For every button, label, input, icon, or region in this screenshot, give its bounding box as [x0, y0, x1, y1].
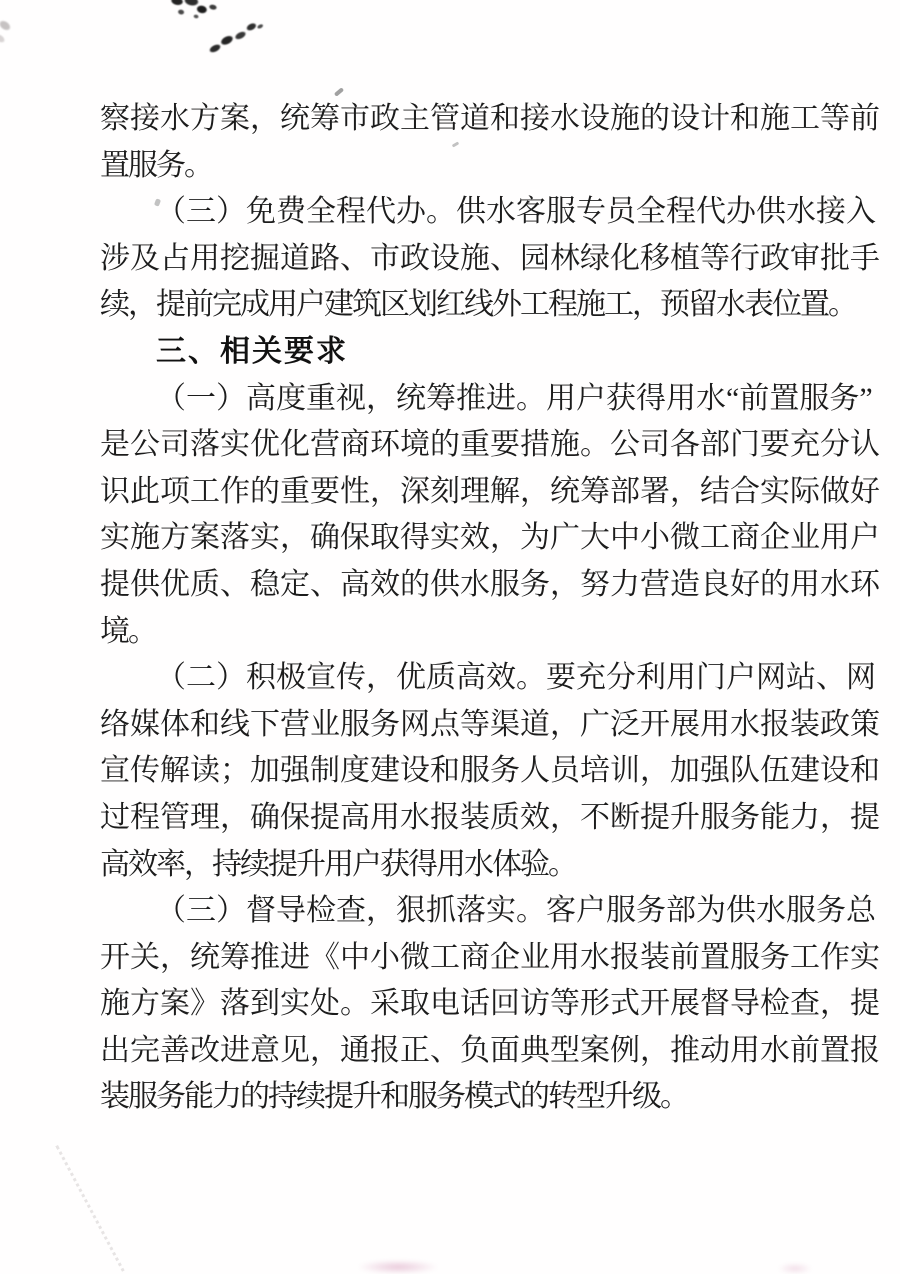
document-text: 察接水方案，统筹市政主管道和接水设施的设计和施工等前置服务。（三）免费全程代办。… [100, 96, 828, 1121]
document-line-15: 宣传解读；加强制度建设和服务人员培训，加强队伍建设和 [100, 748, 828, 795]
scan-edge-mark-left [0, 13, 21, 52]
document-line-21: 出完善改进意见，通报正、负面典型案例，推动用水前置报 [100, 1028, 828, 1075]
document-page: 察接水方案，统筹市政主管道和接水设施的设计和施工等前置服务。（三）免费全程代办。… [0, 0, 900, 1274]
document-line-22: 装服务能力的持续提升和服务模式的转型升级。 [100, 1074, 828, 1121]
pink-smudge-bottom-center [358, 1260, 438, 1274]
document-line-18: （三）督导检查，狠抓落实。客户服务部为供水服务总 [100, 888, 828, 935]
document-line-13: （二）积极宣传，优质高效。要充分利用门户网站、网 [100, 655, 828, 702]
document-line-8: 是公司落实优化营商环境的重要措施。公司各部门要充分认 [100, 422, 828, 469]
document-line-2: 置服务。 [100, 143, 828, 190]
section-heading: 三、相关要求 [100, 329, 828, 376]
document-line-12: 境。 [100, 609, 828, 656]
document-line-5: 续，提前完成用户建筑区划红线外工程施工，预留水表位置。 [100, 282, 828, 329]
document-line-14: 络媒体和线下营业服务网点等渠道，广泛开展用水报装政策 [100, 702, 828, 749]
document-line-10: 实施方案落实，确保取得实效，为广大中小微工商企业用户 [100, 515, 828, 562]
document-line-17: 高效率，持续提升用户获得用水体验。 [100, 842, 828, 889]
ink-smudge-top-2 [204, 15, 267, 59]
dotted-trail-bottom-left [55, 1145, 128, 1274]
document-line-1: 察接水方案，统筹市政主管道和接水设施的设计和施工等前 [100, 96, 828, 143]
document-line-20: 施方案》落到实处。采取电话回访等形式开展督导检查，提 [100, 981, 828, 1028]
pink-smudge-bottom-right [778, 1263, 812, 1274]
document-line-4: 涉及占用挖掘道路、市政设施、园林绿化移植等行政审批手 [100, 236, 828, 283]
document-line-7: （一）高度重视，统筹推进。用户获得用水“前置服务” [100, 376, 828, 423]
ink-smudge-top-1 [164, 0, 221, 26]
document-line-19: 开关，统筹推进《中小微工商企业用水报装前置服务工作实 [100, 935, 828, 982]
document-line-16: 过程管理，确保提高用水报装质效，不断提升服务能力，提 [100, 795, 828, 842]
document-line-9: 识此项工作的重要性，深刻理解，统筹部署，结合实际做好 [100, 469, 828, 516]
document-line-11: 提供优质、稳定、高效的供水服务，努力营造良好的用水环 [100, 562, 828, 609]
document-line-3: （三）免费全程代办。供水客服专员全程代办供水接入 [100, 189, 828, 236]
